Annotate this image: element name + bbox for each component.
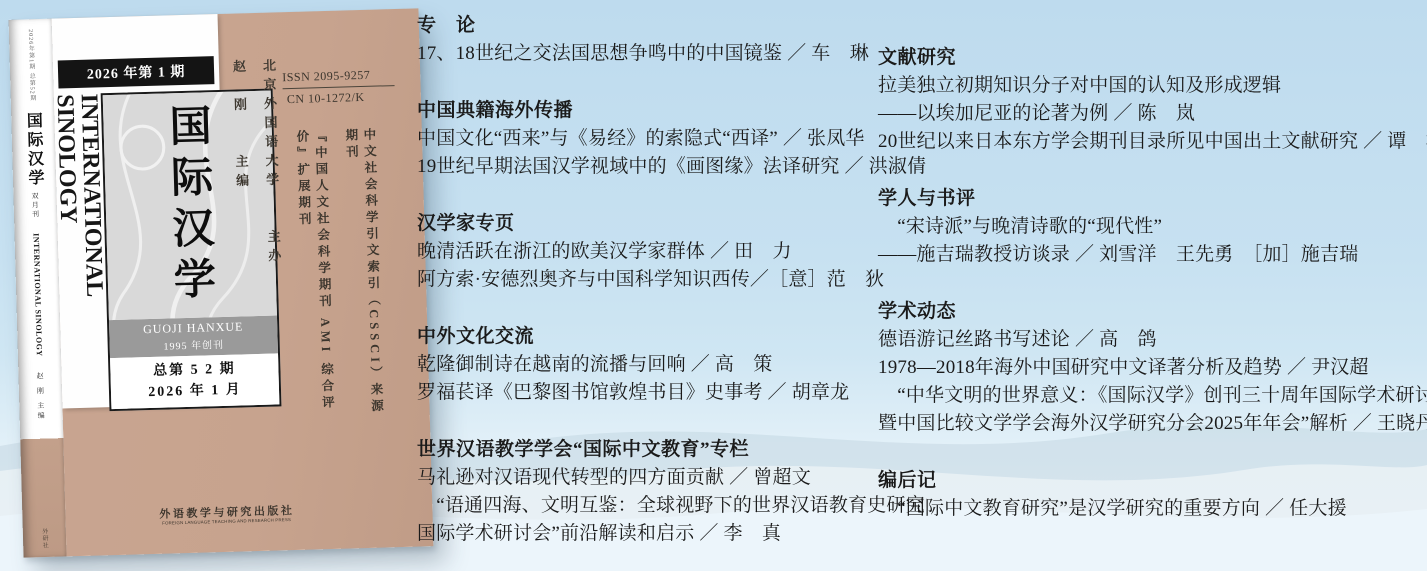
toc-entry-line: 17、18世纪之交法国思想争鸣中的中国镜鉴 ／ 车 琳 [417, 40, 877, 68]
toc-section-heading: 中国典籍海外传播 [417, 97, 877, 125]
toc-section: 学术动态德语游记丝路书写述论 ／ 高 鸽1978—2018年海外中国研究中文译著… [878, 298, 1426, 438]
toc-section: 学人与书评 “宋诗派”与晚清诗歌的“现代性”——施吉瑞教授访谈录 ／ 刘雪洋 王… [878, 185, 1426, 269]
toc-entry-line: 德语游记丝路书写述论 ／ 高 鸽 [878, 326, 1426, 354]
toc-entry-line: 晚清活跃在浙江的欧美汉学家群体 ／ 田 力 [417, 238, 877, 266]
toc-section-heading: 中外文化交流 [417, 323, 877, 351]
toc-entry-line: 中国文化“西来”与《易经》的索隐式“西译” ／ 张凤华 [417, 125, 877, 153]
toc-entry-line: 20世纪以来日本东方学会期刊目录所见中国出土文献研究 ／ 谭 梅 [878, 128, 1426, 156]
toc-entry-line: 罗福苌译《巴黎图书馆敦煌书目》史事考 ／ 胡章龙 [417, 379, 877, 407]
toc-entry-line: 1978—2018年海外中国研究中文译著分析及趋势 ／ 尹汉超 [878, 354, 1426, 382]
toc-section-heading: 文献研究 [878, 44, 1426, 72]
toc-entry-line: “国际中文教育研究”是汉学研究的重要方向 ／ 任大援 [878, 495, 1426, 523]
toc-section: 文献研究拉美独立初期知识分子对中国的认知及形成逻辑——以埃加尼亚的论著为例 ／ … [878, 44, 1426, 156]
toc-entry-line: 拉美独立初期知识分子对中国的认知及形成逻辑 [878, 72, 1426, 100]
toc-section: 编后记 “国际中文教育研究”是汉学研究的重要方向 ／ 任大援 [878, 467, 1426, 523]
toc-section: 中国典籍海外传播中国文化“西来”与《易经》的索隐式“西译” ／ 张凤华19世纪早… [417, 97, 877, 181]
toc-section-heading: 学术动态 [878, 298, 1426, 326]
toc-entry-line: 19世纪早期法国汉学视域中的《画图缘》法译研究 ／ 洪淑倩 [417, 153, 877, 181]
toc-section-heading: 汉学家专页 [417, 210, 877, 238]
toc-section: 中外文化交流乾隆御制诗在越南的流播与回响 ／ 高 策罗福苌译《巴黎图书馆敦煌书目… [417, 323, 877, 407]
toc-entry-line: ——施吉瑞教授访谈录 ／ 刘雪洋 王先勇 ［加］施吉瑞 [878, 241, 1426, 269]
toc-column-1: 专 论17、18世纪之交法国思想争鸣中的中国镜鉴 ／ 车 琳中国典籍海外传播中国… [417, 12, 877, 571]
toc-section-heading: 编后记 [878, 467, 1426, 495]
toc-entry-line: “宋诗派”与晚清诗歌的“现代性” [878, 213, 1426, 241]
toc-column-2: 文献研究拉美独立初期知识分子对中国的认知及形成逻辑——以埃加尼亚的论著为例 ／ … [878, 44, 1426, 552]
toc-section: 专 论17、18世纪之交法国思想争鸣中的中国镜鉴 ／ 车 琳 [417, 12, 877, 68]
toc: 专 论17、18世纪之交法国思想争鸣中的中国镜鉴 ／ 车 琳中国典籍海外传播中国… [0, 0, 1427, 571]
toc-entry-line: 马礼逊对汉语现代转型的四方面贡献 ／ 曾超文 [417, 464, 877, 492]
toc-section: 世界汉语教学学会“国际中文教育”专栏马礼逊对汉语现代转型的四方面贡献 ／ 曾超文… [417, 436, 877, 548]
toc-entry-line: “语通四海、文明互鉴：全球视野下的世界汉语教育史研究 [417, 492, 877, 520]
toc-entry-line: 国际学术研讨会”前沿解读和启示 ／ 李 真 [417, 520, 877, 548]
toc-entry-line: 乾隆御制诗在越南的流播与回响 ／ 高 策 [417, 351, 877, 379]
toc-section-heading: 世界汉语教学学会“国际中文教育”专栏 [417, 436, 877, 464]
toc-section-heading: 专 论 [417, 12, 877, 40]
toc-section: 汉学家专页晚清活跃在浙江的欧美汉学家群体 ／ 田 力阿方索·安德烈奥齐与中国科学… [417, 210, 877, 294]
toc-section-heading: 学人与书评 [878, 185, 1426, 213]
toc-entry-line: ——以埃加尼亚的论著为例 ／ 陈 岚 [878, 100, 1426, 128]
toc-entry-line: 暨中国比较文学学会海外汉学研究分会2025年年会”解析 ／ 王晓丹 [878, 410, 1426, 438]
toc-entry-line: 阿方索·安德烈奥齐与中国科学知识西传／［意］范 狄 [417, 266, 877, 294]
toc-entry-line: “中华文明的世界意义：《国际汉学》创刊三十周年国际学术研讨会 [878, 382, 1426, 410]
